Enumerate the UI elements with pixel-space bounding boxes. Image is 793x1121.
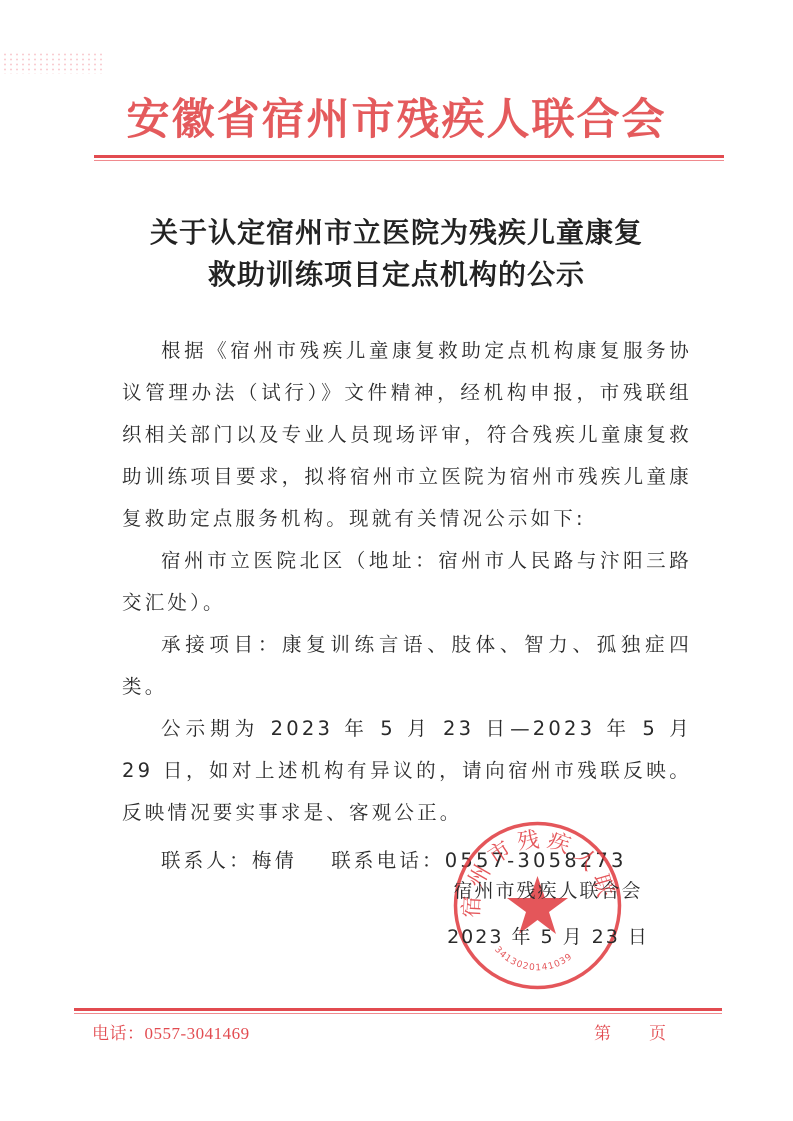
contact-person: 梅倩 [252, 849, 297, 872]
scan-noise [2, 52, 102, 74]
signature-block: 宿州市残疾人联合会 2023 年 5 月 23 日 [438, 868, 658, 960]
paragraph-period: 公示期为 2023 年 5 月 23 日—2023 年 5 月 29 日，如对上… [122, 708, 692, 834]
title-line-2: 救助训练项目定点机构的公示 [0, 254, 793, 296]
signature-org: 宿州市残疾人联合会 [438, 868, 658, 914]
page-prefix: 第 [594, 1024, 611, 1044]
footer-page-number: 第页 [594, 1019, 666, 1044]
letterhead-divider [94, 155, 724, 158]
paragraph-basis: 根据《宿州市残疾儿童康复救助定点机构康复服务协议管理办法（试行）》文件精神，经机… [122, 330, 692, 540]
contact-person-label: 联系人： [161, 849, 252, 872]
signature-date: 2023 年 5 月 23 日 [438, 914, 658, 960]
contact-phone-label: 联系电话： [331, 849, 445, 872]
document-title: 关于认定宿州市立医院为残疾儿童康复 救助训练项目定点机构的公示 [0, 212, 793, 296]
letterhead-organization: 安徽省宿州市残疾人联合会 [0, 90, 793, 150]
footer-divider-thin [74, 1013, 722, 1014]
letterhead-divider-thin [94, 160, 724, 161]
footer-divider [74, 1008, 722, 1011]
document-body: 根据《宿州市残疾儿童康复救助定点机构康复服务协议管理办法（试行）》文件精神，经机… [122, 330, 692, 882]
footer-phone: 电话：0557-3041469 [92, 1019, 250, 1044]
title-line-1: 关于认定宿州市立医院为残疾儿童康复 [0, 212, 793, 254]
page-suffix: 页 [649, 1024, 666, 1044]
paragraph-projects: 承接项目：康复训练言语、肢体、智力、孤独症四类。 [122, 624, 692, 708]
paragraph-address: 宿州市立医院北区（地址：宿州市人民路与汴阳三路交汇处）。 [122, 540, 692, 624]
